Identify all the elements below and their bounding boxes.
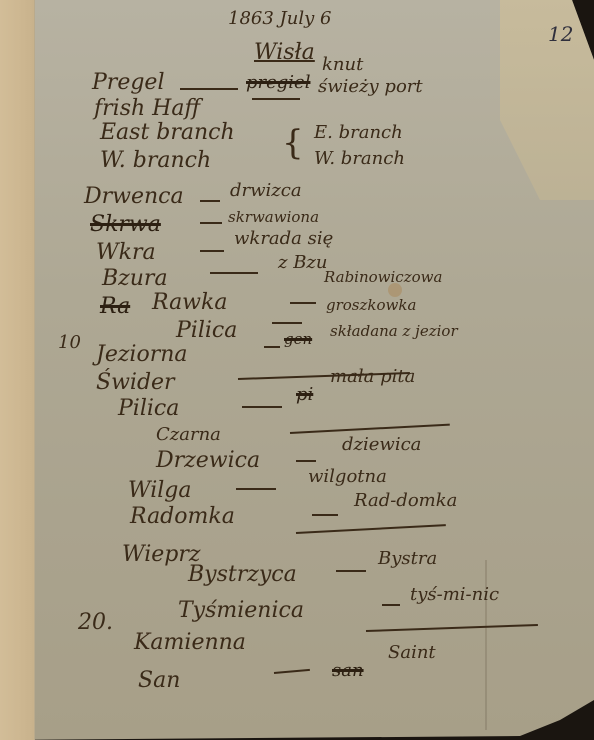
entry-struck: pregiel — [246, 72, 310, 93]
entry-gloss: dziewica — [342, 434, 421, 455]
dash — [272, 322, 302, 324]
entry-river: Jeziorna — [96, 342, 188, 367]
entry-river: Pilica — [118, 396, 179, 421]
dash — [290, 302, 316, 304]
entry-river: Bzura — [102, 266, 168, 291]
page-binding-strip — [0, 0, 35, 740]
entry-gloss: knut — [322, 54, 363, 75]
entry-river: Rawka — [152, 290, 227, 315]
entry-gloss: Rad-domka — [354, 490, 457, 511]
page-title: Wisła — [254, 40, 315, 65]
dash — [200, 222, 222, 224]
entry-struck: san — [332, 660, 364, 681]
margin-number: 10 — [58, 332, 81, 353]
entry-river: Wilga — [128, 478, 192, 503]
entry-river: Czarna — [156, 424, 221, 445]
entry-gloss: tyś-mi-nic — [410, 584, 499, 605]
entry-gloss: skrwawiona — [228, 208, 319, 226]
dash — [336, 570, 366, 572]
page-number: 12 — [548, 22, 573, 46]
entry-river: Bystrzyca — [188, 562, 297, 587]
entry-gloss: groszkowka — [326, 296, 416, 314]
entry-river: frish Haff — [94, 96, 200, 121]
dash — [200, 200, 220, 202]
entry-struck: Ra — [100, 294, 130, 319]
entry-gloss: Saint — [388, 642, 436, 663]
entry-river: San — [138, 668, 180, 693]
entry-river: Pilica — [176, 318, 237, 343]
entry-gloss: W. branch — [314, 148, 405, 169]
dash — [312, 514, 338, 516]
entry-gloss: z Bzu — [278, 252, 328, 273]
dash — [296, 460, 316, 462]
entry-river: Tyśmienica — [178, 598, 304, 623]
entry-river: Radomka — [130, 504, 235, 529]
date-heading: 1863 July 6 — [228, 8, 331, 29]
entry-gloss: Bystra — [378, 548, 437, 569]
brace-symbol: { — [282, 128, 304, 158]
entry-gloss: Rabinowiczowa — [324, 268, 442, 286]
dash — [236, 488, 276, 490]
margin-number: 20. — [78, 610, 113, 635]
entry-gloss: składana z jezior — [330, 322, 458, 340]
dash — [200, 250, 224, 252]
dash — [242, 406, 282, 408]
entry-gloss: wkrada się — [234, 228, 333, 249]
entry-gloss: E. branch — [314, 122, 403, 143]
entry-river: W. branch — [100, 148, 211, 173]
dash — [252, 98, 300, 100]
entry-struck: pi — [296, 384, 313, 405]
entry-river: Kamienna — [134, 630, 246, 655]
entry-gloss: świeży port — [318, 76, 423, 97]
entry-river: Drwenca — [84, 184, 184, 209]
entry-gloss: drwizca — [230, 180, 302, 201]
entry-river: Wkra — [96, 240, 156, 265]
dash — [264, 346, 280, 348]
entry-river: Skrwa — [90, 212, 161, 237]
entry-river: Pregel — [92, 70, 164, 95]
dash — [210, 272, 258, 274]
dash — [180, 88, 238, 90]
entry-river: East branch — [100, 120, 235, 145]
dash — [382, 604, 400, 606]
entry-gloss: wilgotna — [308, 466, 387, 487]
entry-river: Świder — [96, 370, 175, 395]
entry-river: Drzewica — [156, 448, 260, 473]
entry-gloss: mała pita — [330, 366, 415, 387]
entry-struck: gen — [284, 330, 312, 348]
